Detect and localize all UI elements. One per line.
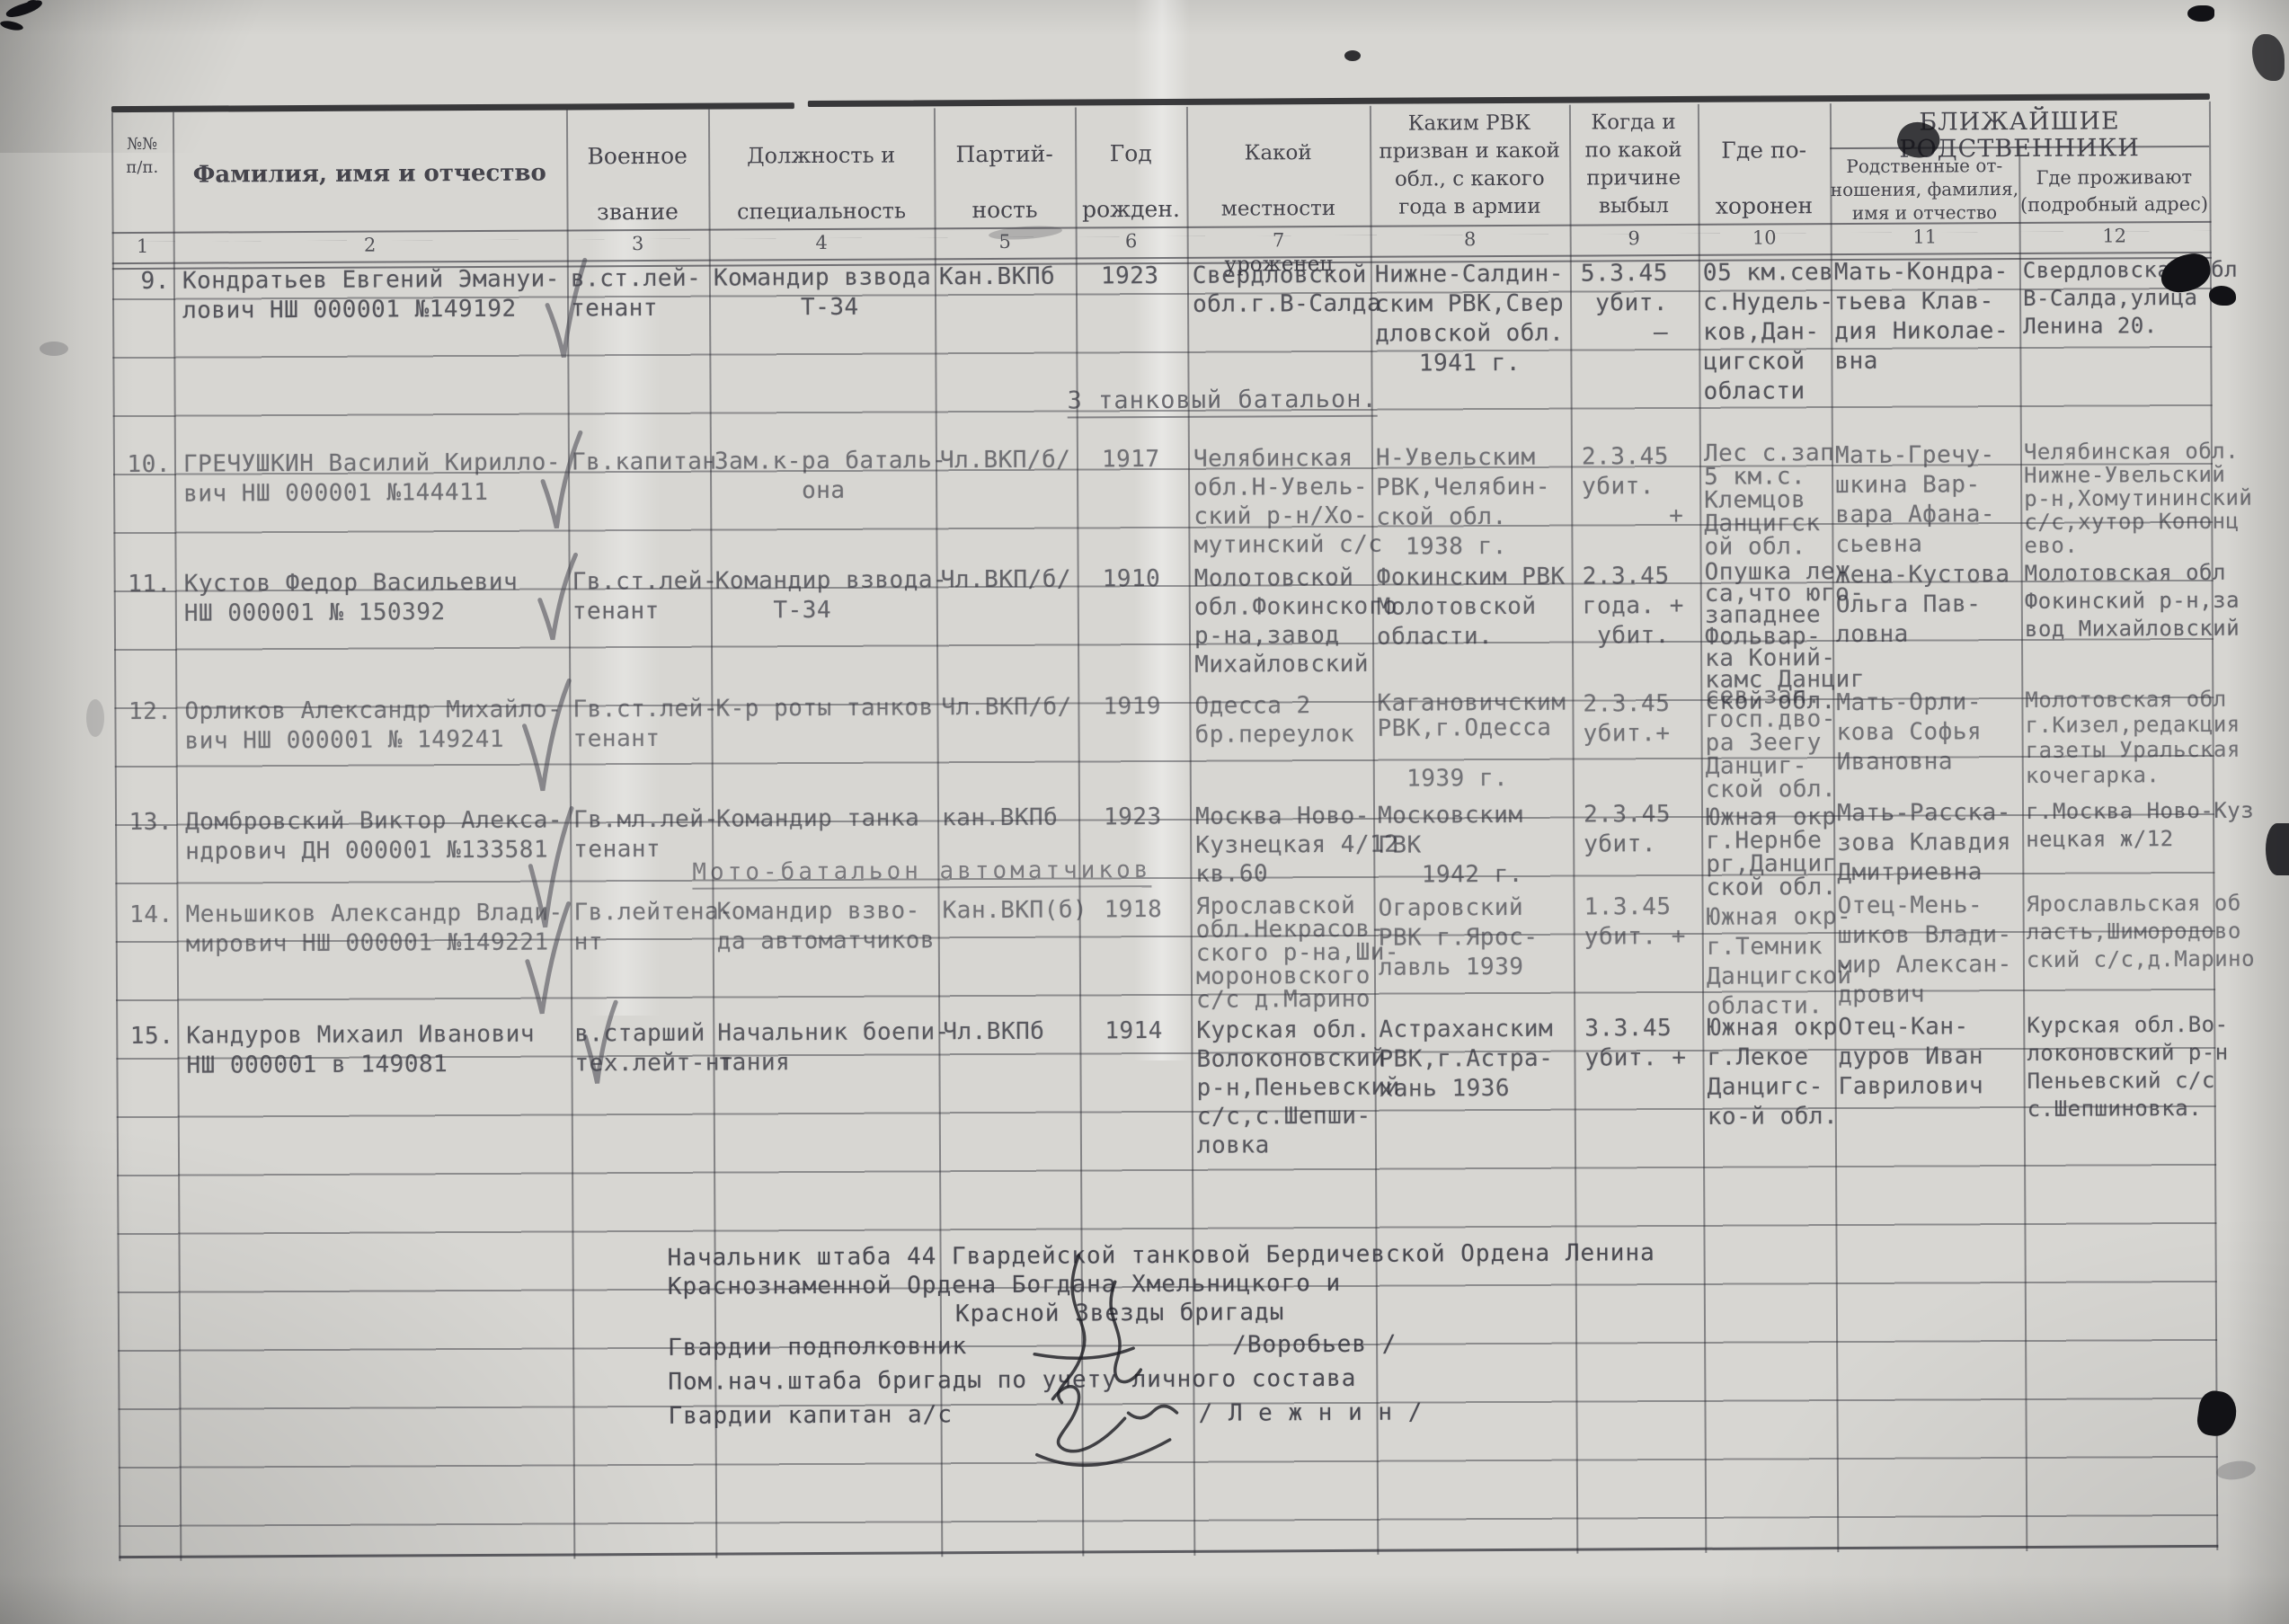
cell-loss-cause: 1.3.45 убит. +: [1584, 892, 1685, 953]
cell-burial-place: сев.зап. госп.дво- ра Зеегу Данциг- ской…: [1705, 684, 1836, 802]
cell-birth-year: 1918: [1105, 895, 1163, 925]
column-number: 2: [173, 233, 567, 256]
ink-blot: [27, 0, 40, 7]
table-top-border: [111, 102, 794, 112]
cell-birth-year: 1914: [1105, 1016, 1163, 1046]
cell-next-of-kin: Мать-Орли- кова Софья Ивановна: [1836, 688, 1982, 777]
header-row-number: №№ п/п.: [111, 133, 173, 180]
cell-birth-year: 1910: [1103, 564, 1161, 594]
cell-kin-address: Ярославльская об ласть,Шимородово ский с…: [2026, 890, 2255, 974]
column-number: 6: [1076, 230, 1187, 253]
row-number: 10.: [119, 450, 171, 480]
cell-birth-year: 1923: [1104, 803, 1162, 832]
tear-hole: [2209, 286, 2236, 306]
cell-burial-place: Южная окр г.Лекое Данцигс- ко-й обл.: [1707, 1013, 1838, 1132]
cell-birth-year: 1923: [1101, 262, 1159, 291]
header-loss-cause: Когда и по какой причине выбыл: [1569, 109, 1699, 221]
cell-duty: Командир взво- да автоматчиков: [717, 896, 936, 956]
pencil-smudge: [40, 342, 68, 356]
header-kin-relation: Родственные от- ношения, фамилия, имя и …: [1830, 154, 2018, 225]
footer-hq-title-line2: Краснознаменной Ордена Богдана Хмельницк…: [668, 1270, 1342, 1300]
cell-next-of-kin: Отец-Мень- шиков Влади- мир Алексан- дро…: [1837, 891, 2012, 1010]
header-kin-address: Где проживают (подробный адрес): [2018, 164, 2209, 218]
cell-draft-office: Фокинским РВК Молотовской области.: [1377, 563, 1566, 652]
cell-draft-office: Огаровский РВК г.Ярос- лавль 1939: [1378, 893, 1538, 983]
header-military-rank: Военное звание: [566, 129, 709, 241]
cell-duty: Командир взвода Т-34: [714, 262, 932, 323]
cell-birthplace: Челябинская обл.Н-Увель- ский р-н/Хо- му…: [1193, 444, 1383, 560]
cell-rank: в.старший тех.лейт-нт: [574, 1019, 734, 1079]
cell-birth-year: 1917: [1102, 445, 1160, 475]
cell-loss-cause: 2.3.45 убит. +: [1582, 442, 1684, 532]
cell-loss-cause: 2.3.45 убит.: [1584, 800, 1671, 860]
cell-kin-address: Курская обл.Во- локоновский р-н Пеньевск…: [2027, 1011, 2229, 1123]
cell-rank: Гв.ст.лей- тенант: [572, 695, 718, 755]
column-number: 1: [112, 235, 173, 257]
cell-rank: Гв.капитан: [572, 448, 717, 478]
row-number: 12.: [120, 697, 172, 727]
cell-rank: в.ст.лей- тенант: [571, 264, 702, 324]
column-number: 8: [1371, 228, 1570, 251]
form-table: №№ п/п. Фамилия, имя и отчество Военное …: [0, 0, 2289, 1624]
cell-full-name: Кустов Федор Васильевич НШ 000001 № 1503…: [184, 568, 519, 629]
row-number: 14.: [121, 901, 173, 930]
cell-loss-cause: 3.3.45 убит. +: [1584, 1014, 1686, 1074]
cell-burial-place: Южная окр г.Нернбе рг,Данциг ской обл.: [1706, 805, 1837, 900]
cell-duty: Начальник боепи- тания: [717, 1017, 950, 1078]
section-heading-tank-battalion: 3 танковый батальон.: [1068, 386, 1378, 419]
row-number: 11.: [120, 570, 172, 599]
cell-draft-office: Астраханским РВК,г.Астра- хань 1936: [1379, 1015, 1553, 1105]
cell-next-of-kin: Отец-Кан- дуров Иван Гаврилович: [1838, 1012, 1983, 1102]
cell-birthplace: Молотовской обл.Фокинского р-на,завод Ми…: [1194, 564, 1398, 679]
cell-full-name: Кондратьев Евгений Эмануи- лович НШ 0000…: [182, 265, 560, 326]
footer-hq-title-line1: Начальник штаба 44 Гвардейской танковой …: [668, 1239, 1655, 1272]
cell-kin-address: Молотовская обл Фокинский р-н,за вод Мих…: [2025, 559, 2240, 643]
cell-next-of-kin: Мать-Кондра- тьева Клав- дия Николае- вн…: [1834, 257, 2010, 377]
column-number: 11: [1831, 226, 2019, 248]
row-number: 13.: [120, 808, 173, 838]
cell-duty: Командир танка: [716, 803, 919, 834]
ink-blot: [2187, 5, 2214, 22]
cell-kin-address: Молотовская обл г.Кизел,редакция газеты …: [2025, 687, 2240, 788]
cell-duty: Зам.к-ра баталь- она: [714, 446, 947, 506]
cell-loss-cause: 2.3.45 убит.+: [1583, 689, 1670, 750]
section-heading-moto-battalion: Мото-батальон автоматчиков: [692, 856, 1151, 890]
cell-loss-cause: 5.3.45 убит. —: [1581, 259, 1668, 349]
cell-next-of-kin: Жена-Кустова Ольга Пав- ловна: [1836, 560, 2010, 650]
cell-rank: Гв.мл.лей- тенант: [573, 805, 719, 865]
row-number: 15.: [121, 1022, 173, 1052]
header-full-name: Фамилия, имя и отчество: [173, 157, 566, 190]
cell-loss-cause: 2.3.45 года. + убит.: [1583, 562, 1685, 652]
cell-birthplace: Свердловской обл.г.В-Салда: [1193, 261, 1381, 319]
cell-burial-place: Лес с.зап 5 км.с. Клемцов Данцигск ой об…: [1704, 441, 1835, 559]
column-number: 10: [1699, 226, 1831, 249]
header-duty-specialty: Должность и специальность: [708, 127, 935, 239]
column-number: 3: [567, 233, 709, 255]
cell-full-name: Домбровский Виктор Алекса- ндрович ДН 00…: [185, 806, 563, 867]
cell-birthplace: Москва Ново- Кузнецкая 4/12 кв.60: [1195, 802, 1399, 889]
cell-rank: Гв.ст.лей- тенант: [572, 567, 718, 627]
cell-party: Кан.ВКПб: [939, 262, 1055, 293]
footer-signature-name-lezhnin: / Л е ж н и н /: [1198, 1398, 1423, 1426]
cell-next-of-kin: Мать-Гречу- шкина Вар- вара Афана- сьевн…: [1835, 440, 1995, 560]
cell-full-name: Кандуров Михаил Иванович НШ 000001 в 149…: [186, 1020, 535, 1081]
cell-birth-year: 1919: [1103, 692, 1161, 722]
column-number: 9: [1570, 227, 1699, 250]
header-draft-office: Каким РВК призван и какой обл., с какого…: [1370, 110, 1570, 222]
footer-adjutant-title: Пом.нач.штаба бригады по учету личного с…: [668, 1365, 1356, 1396]
cell-party: Чл.ВКП/б/: [940, 446, 1071, 476]
table-top-border: [808, 93, 2210, 107]
cell-kin-address: г.Москва Ново-Куз нецкая ж/12: [2026, 797, 2254, 854]
header-burial-place: Где по- хоронен: [1698, 122, 1831, 235]
cell-party: Чл.ВКПб: [943, 1017, 1044, 1048]
cell-birthplace: Ярославской обл.Некрасов- ского р-на,Ши-…: [1196, 894, 1400, 1012]
pencil-smudge: [86, 699, 104, 737]
footer-hq-title-line3: Красной Звезды бригады: [955, 1299, 1285, 1327]
footer-signature-name-vorobyev: /Воробьев /: [1232, 1331, 1397, 1359]
header-party: Партий- ность: [934, 127, 1076, 239]
cell-next-of-kin: Мать-Расска- зова Клавдия Дмитриевна: [1837, 798, 2011, 888]
cell-party: Чл.ВКП/б/: [941, 693, 1072, 723]
cell-burial-place: Южная окр- г.Темник Данцигской области.: [1707, 902, 1852, 1022]
cell-duty: К-р роты танков: [715, 693, 933, 723]
scanned-casualty-list-page: №№ п/п. Фамилия, имя и отчество Военное …: [0, 0, 2289, 1624]
cell-draft-office: Нижне-Салдин- ским РВК,Свер дловской обл…: [1375, 260, 1565, 379]
cell-party: кан.ВКПб: [942, 803, 1058, 834]
cell-party: Чл.ВКП/б/: [941, 565, 1072, 596]
header-birth-year: Год рожден.: [1075, 126, 1187, 238]
cell-duty: Командир взвода- Т-34: [715, 565, 948, 626]
cell-burial-place: 05 км.сев с.Нудель- ков,Дан- цигской обл…: [1703, 258, 1834, 407]
cell-full-name: Меньшиков Александр Влади- мирович НШ 00…: [186, 899, 563, 960]
row-number: 9.: [118, 267, 170, 297]
cell-draft-office: Н-Увельским РВК,Челябин- ской обл. 1938 …: [1376, 443, 1551, 563]
tear-hole: [2266, 823, 2289, 875]
cell-rank: Гв.лейтена- нт: [574, 898, 734, 958]
cell-full-name: ГРЕЧУШКИН Василий Кирилло- вич НШ 000001…: [183, 448, 561, 510]
column-number: 7: [1187, 229, 1371, 252]
cell-kin-address: Челябинская обл. Нижне-Увельский р-н,Хом…: [2024, 439, 2253, 557]
cell-draft-office: Московским ГВК 1942 г.: [1378, 801, 1523, 891]
ink-blot: [1344, 50, 1361, 61]
footer-rank-captain: Гвардии капитан а/с: [668, 1401, 953, 1430]
cell-draft-office: Кагановичским РВК,г.Одесса 1939 г.: [1377, 690, 1566, 792]
footer-rank-lt-colonel: Гвардии подполковник: [668, 1333, 967, 1362]
cell-birthplace: Одесса 2 бр.переулок: [1194, 691, 1354, 750]
column-number: 12: [2019, 225, 2210, 247]
column-number: 4: [709, 231, 935, 253]
cell-full-name: Орликов Александр Михайло- вич НШ 000001…: [184, 696, 562, 757]
cell-party: Кан.ВКП(б): [943, 895, 1088, 926]
cell-birthplace: Курская обл. Волоконовский р-н,Пеньевски…: [1196, 1016, 1400, 1160]
